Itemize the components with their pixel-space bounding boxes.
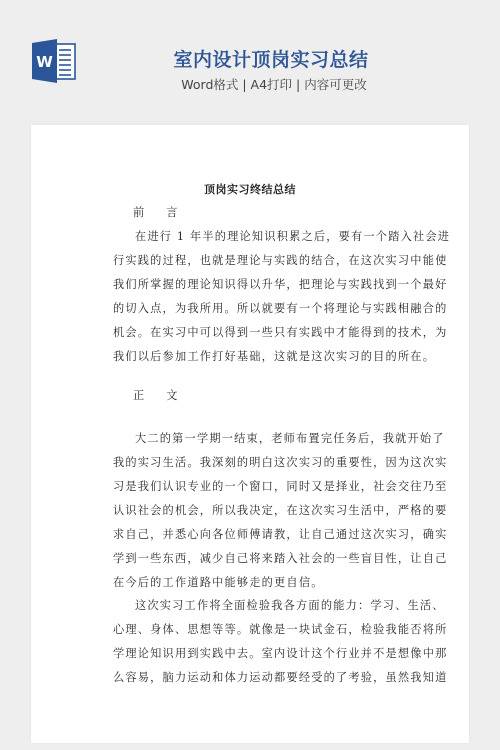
paragraph-line: 大二的第一学期一结束，老师布置完任务后，我就开始了 — [113, 432, 389, 446]
paragraph-line: 么容易，脑力运动和体力运动都要经受的了考验，虽然我知道 — [113, 671, 389, 685]
banner-title: 室内设计顶岗实习总结 — [0, 45, 500, 72]
heading-char: 前 — [133, 206, 144, 219]
heading-char: 文 — [166, 389, 177, 402]
section-heading-preface: 前言 — [133, 206, 409, 220]
paragraph-line: 我们所掌握的理论知识得以升华，把理论与实践找到一个最好 — [113, 278, 389, 292]
document-page: 顶岗实习终结总结 前言 在进行 1 年半的理论知识积累之后，要有一个踏入社会进 … — [31, 125, 469, 743]
paragraph-line: 求自己，并悉心向各位师傅请教，让自己通过这次实习，确实 — [113, 528, 389, 542]
paragraph-line: 的切入点，为我所用。所以就要有一个将理论与实践相融合的 — [113, 302, 389, 316]
paragraph-line: 认识社会的机会，所以我决定，在这次实习生活中，严格的要 — [113, 504, 389, 518]
heading-char: 正 — [133, 389, 144, 402]
paragraph-line: 学理论知识用到实践中去。室内设计这个行业并不是想像中那 — [113, 647, 389, 661]
paragraph-line: 心理、身体、思想等等。就像是一块试金石，检验我能否将所 — [113, 623, 389, 637]
heading-char: 言 — [166, 206, 177, 219]
paragraph-line: 机会。在实习中可以得到一些只有实践中才能得到的技术，为 — [113, 326, 389, 340]
paragraph-line: 学到一些东西，减少自己将来踏入社会的一些盲目性，让自己 — [113, 552, 389, 566]
document-title: 顶岗实习终结总结 — [31, 181, 469, 197]
paragraph-line: 在进行 1 年半的理论知识积累之后，要有一个踏入社会进 — [113, 230, 389, 244]
paragraph-line: 我的实习生活。我深刻的明白这次实习的重要性，因为这次实 — [113, 456, 389, 470]
paragraph-line: 这次实习工作将全面检验我各方面的能力：学习、生活、 — [113, 599, 389, 613]
paragraph-line: 在今后的工作道路中能够走的更自信。 — [113, 576, 389, 590]
paragraph-line: 我们以后参加工作打好基础，这就是这次实习的目的所在。 — [113, 350, 389, 364]
section-heading-body: 正文 — [133, 389, 409, 403]
banner-subtitle: Word格式 | A4打印 | 内容可更改 — [0, 75, 500, 93]
paragraph-line: 习是我们认识专业的一个窗口，同时又是择业，社会交往乃至 — [113, 480, 389, 494]
paragraph-line: 行实践的过程，也就是理论与实践的结合，在这次实习中能使 — [113, 254, 389, 268]
